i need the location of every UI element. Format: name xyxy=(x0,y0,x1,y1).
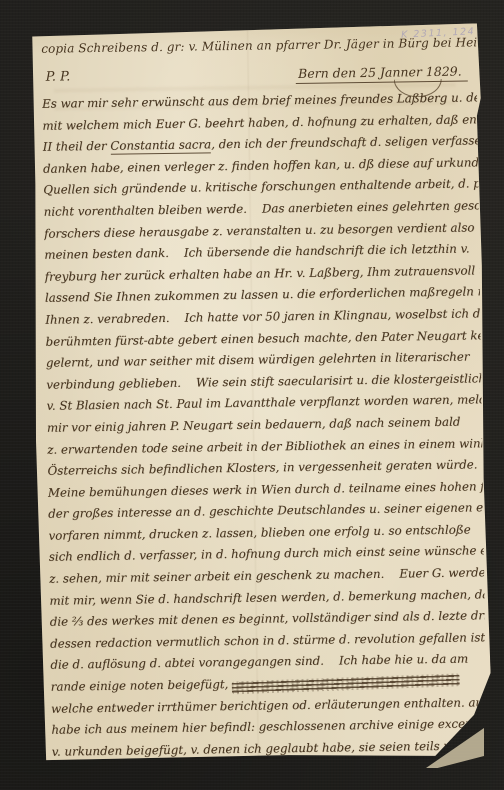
underlined-phrase: Constantia sacra xyxy=(110,137,211,154)
photo-background: K 2311, 124 copia Schreibens d. gr: v. M… xyxy=(0,0,504,790)
date-line: Bern den 25 Janner 1829. xyxy=(296,63,468,84)
document-title-line: copia Schreibens d. gr: v. Mülinen an pf… xyxy=(41,35,477,55)
title-underlined-word: copia xyxy=(41,41,74,55)
crossed-out-text xyxy=(231,673,459,694)
salutation-date-row: P. P. Bern den 25 Janner 1829. xyxy=(46,63,468,87)
salutation: P. P. xyxy=(46,69,71,84)
letter-body: Es war mir sehr erwünscht aus dem brief … xyxy=(42,87,487,761)
manuscript-page: K 2311, 124 copia Schreibens d. gr: v. M… xyxy=(29,23,492,764)
title-rest: Schreibens d. gr: v. Mülinen an pfarrer … xyxy=(74,35,477,55)
